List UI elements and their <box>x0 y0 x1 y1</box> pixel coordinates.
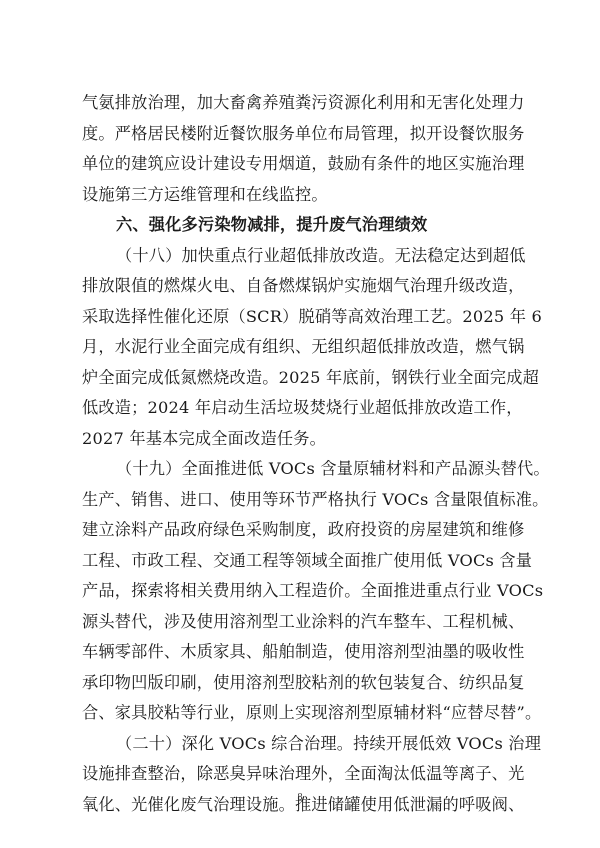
paragraph-line: 炉全面完成低氮燃烧改造。2025 年底前，钢铁行业全面完成超 <box>82 363 520 394</box>
paragraph-line: 单位的建筑应设计建设专用烟道，鼓励有条件的地区实施治理 <box>82 149 520 180</box>
paragraph-line: 度。严格居民楼附近餐饮服务单位布局管理，拟开设餐饮服务 <box>82 119 520 150</box>
paragraph-line: 承印物凹版印刷，使用溶剂型胶粘剂的软包装复合、纺织品复 <box>82 668 520 699</box>
section-heading: 六、强化多污染物减排，提升废气治理绩效 <box>82 210 520 241</box>
paragraph-line: （十八）加快重点行业超低排放改造。无法稳定达到超低 <box>82 241 520 272</box>
paragraph-line: 低改造；2024 年启动生活垃圾焚烧行业超低排放改造工作， <box>82 393 520 424</box>
paragraph-line: 工程、市政工程、交通工程等领域全面推广使用低 VOCs 含量 <box>82 546 520 577</box>
paragraph-line: 产品，探索将相关费用纳入工程造价。全面推进重点行业 VOCs <box>82 576 520 607</box>
paragraph-line: （二十）深化 VOCs 综合治理。持续开展低效 VOCs 治理 <box>82 729 520 760</box>
paragraph-line: 排放限值的燃煤火电、自备燃煤锅炉实施烟气治理升级改造， <box>82 271 520 302</box>
document-page: 气氨排放治理，加大畜禽养殖粪污资源化利用和无害化处理力 度。严格居民楼附近餐饮服… <box>82 88 520 820</box>
paragraph-line: 源头替代，涉及使用溶剂型工业涂料的汽车整车、工程机械、 <box>82 607 520 638</box>
paragraph-line: （十九）全面推进低 VOCs 含量原辅材料和产品源头替代。 <box>82 454 520 485</box>
paragraph-line: 设施第三方运维管理和在线监控。 <box>82 180 520 211</box>
paragraph-line: 气氨排放治理，加大畜禽养殖粪污资源化利用和无害化处理力 <box>82 88 520 119</box>
paragraph-line: 采取选择性催化还原（SCR）脱硝等高效治理工艺。2025 年 6 <box>82 302 520 333</box>
paragraph-line: 2027 年基本完成全面改造任务。 <box>82 424 520 455</box>
paragraph-line: 建立涂料产品政府绿色采购制度，政府投资的房屋建筑和维修 <box>82 515 520 546</box>
paragraph-line: 车辆零部件、木质家具、船舶制造，使用溶剂型油墨的吸收性 <box>82 637 520 668</box>
paragraph-line: 生产、销售、进口、使用等环节严格执行 VOCs 含量限值标准。 <box>82 485 520 516</box>
page-number: 8 <box>0 792 600 803</box>
paragraph-line: 合、家具胶粘等行业，原则上实现溶剂型原辅材料“应替尽替”。 <box>82 698 520 729</box>
paragraph-line: 月，水泥行业全面完成有组织、无组织超低排放改造，燃气锅 <box>82 332 520 363</box>
paragraph-line: 设施排查整治，除恶臭异味治理外，全面淘汰低温等离子、光 <box>82 759 520 790</box>
